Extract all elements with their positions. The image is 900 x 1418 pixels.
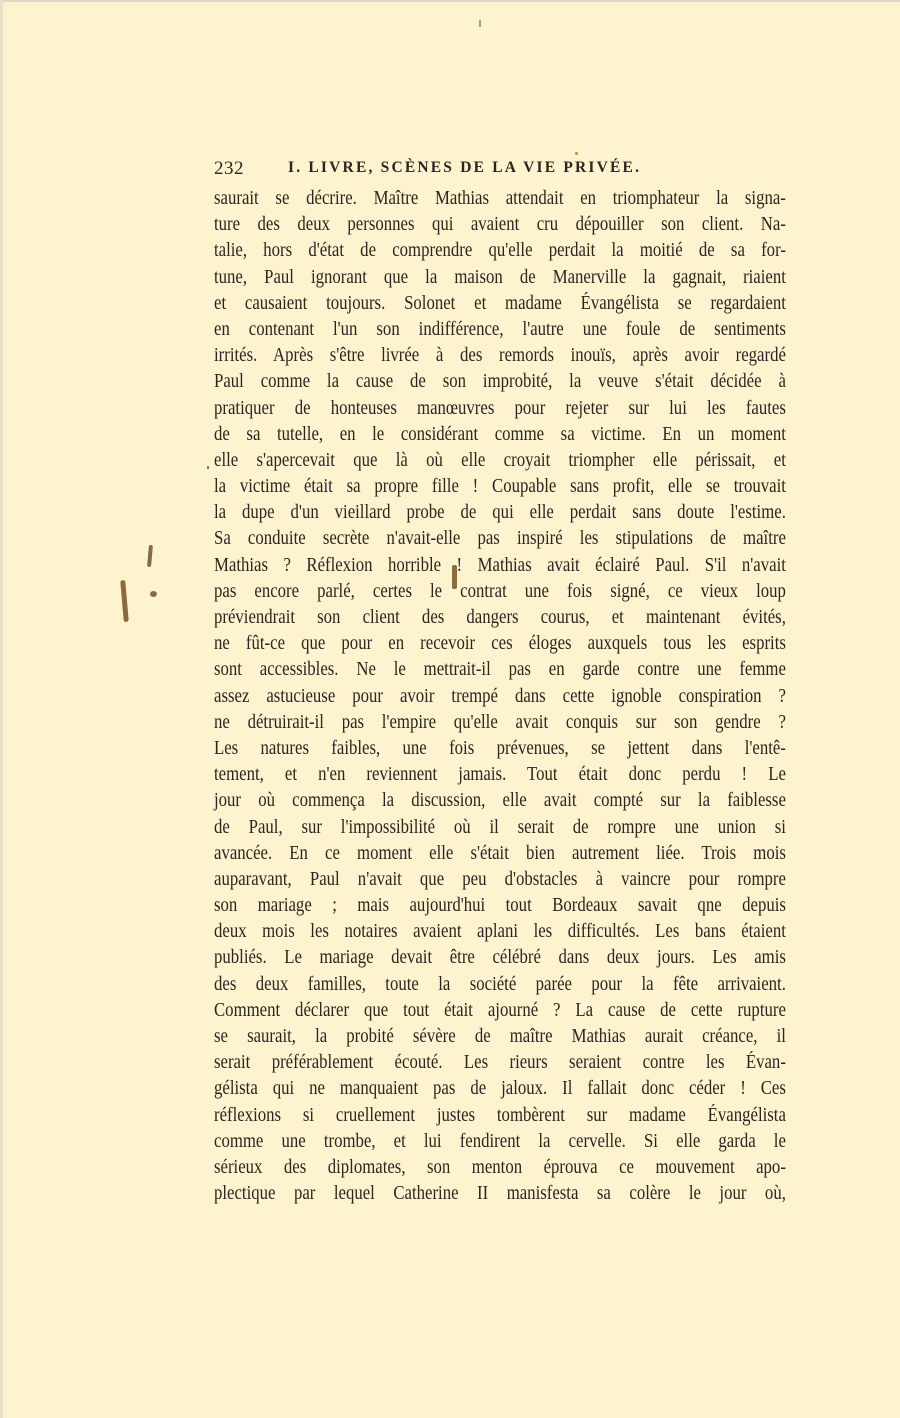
text-line: ne fût-ce que pour en recevoir ces éloge… xyxy=(214,631,786,657)
text-line: ture des deux personnes qui avaient cru … xyxy=(214,212,786,238)
text-line: Les natures faibles, une fois prévenues,… xyxy=(214,736,786,762)
text-line: la victime était sa propre fille ! Coupa… xyxy=(214,474,786,500)
text-line: pas encore parlé, certes le contrat une … xyxy=(214,579,786,605)
running-head: 232 I. LIVRE, SCÈNES DE LA VIE PRIVÉE. xyxy=(214,158,786,182)
text-line: en contenant l'un son indifférence, l'au… xyxy=(214,317,786,343)
text-line: de Paul, sur l'impossibilité où il serai… xyxy=(214,815,786,841)
text-line: serait préférablement écouté. Les rieurs… xyxy=(214,1050,786,1076)
text-line: jour où commença la discussion, elle ava… xyxy=(214,788,786,814)
text-line: talie, hors d'état de comprendre qu'elle… xyxy=(214,238,786,264)
text-line: comme une trombe, et lui fendirent la ce… xyxy=(214,1129,786,1155)
text-line: gélista qui ne manquaient pas de jaloux.… xyxy=(214,1076,786,1102)
text-line: saurait se décrire. Maître Mathias atten… xyxy=(214,186,786,212)
paper-speck xyxy=(575,152,578,155)
text-line: avancée. En ce moment elle s'était bien … xyxy=(214,841,786,867)
text-line: ne détruirait-il pas l'empire qu'elle av… xyxy=(214,710,786,736)
text-line: Comment déclarer que tout était ajourné … xyxy=(214,998,786,1024)
margin-ink-dot-icon xyxy=(150,591,157,597)
text-line: Mathias ? Réflexion horrible ! Mathias a… xyxy=(214,553,786,579)
text-line: plectique par lequel Catherine II manisf… xyxy=(214,1181,786,1207)
paper-speck xyxy=(479,20,481,27)
margin-ink-stroke-icon xyxy=(147,545,153,567)
text-line: son mariage ; mais aujourd'hui tout Bord… xyxy=(214,893,786,919)
text-line: et causaient toujours. Solonet et madame… xyxy=(214,291,786,317)
text-line: se saurait, la probité sévère de maître … xyxy=(214,1024,786,1050)
text-line: de sa tutelle, en le considérant comme s… xyxy=(214,422,786,448)
text-line: elle s'apercevait que là où elle croyait… xyxy=(214,448,786,474)
paper-speck xyxy=(207,466,209,469)
text-line: auparavant, Paul n'avait que peu d'obsta… xyxy=(214,867,786,893)
text-line: tune, Paul ignorant que la maison de Man… xyxy=(214,265,786,291)
text-line: sérieux des diplomates, son menton éprou… xyxy=(214,1155,786,1181)
text-line: assez astucieuse pour avoir trempé dans … xyxy=(214,684,786,710)
text-line: la dupe d'un vieillard probe de qui elle… xyxy=(214,500,786,526)
text-line: pratiquer de honteuses manœuvres pour re… xyxy=(214,396,786,422)
text-line: des deux familles, toute la société paré… xyxy=(214,972,786,998)
book-page: 232 I. LIVRE, SCÈNES DE LA VIE PRIVÉE. s… xyxy=(0,0,900,1418)
text-line: irrités. Après s'être livrée à des remor… xyxy=(214,343,786,369)
page-number: 232 xyxy=(214,158,244,180)
running-head-title: I. LIVRE, SCÈNES DE LA VIE PRIVÉE. xyxy=(288,159,641,177)
text-line: réflexions si cruellement justes tombère… xyxy=(214,1103,786,1129)
text-line: Sa conduite secrète n'avait-elle pas ins… xyxy=(214,526,786,552)
body-text: saurait se décrire. Maître Mathias atten… xyxy=(214,186,786,1207)
inline-ink-mark-icon xyxy=(452,565,457,589)
text-line: tement, et n'en reviennent jamais. Tout … xyxy=(214,762,786,788)
text-line: sont accessibles. Ne le mettrait-il pas … xyxy=(214,657,786,683)
text-line: publiés. Le mariage devait être célébré … xyxy=(214,945,786,971)
margin-ink-stroke-icon xyxy=(120,580,129,622)
text-line: deux mois les notaires avaient aplani le… xyxy=(214,919,786,945)
text-line: préviendrait son client des dangers cour… xyxy=(214,605,786,631)
text-line: Paul comme la cause de son improbité, la… xyxy=(214,369,786,395)
